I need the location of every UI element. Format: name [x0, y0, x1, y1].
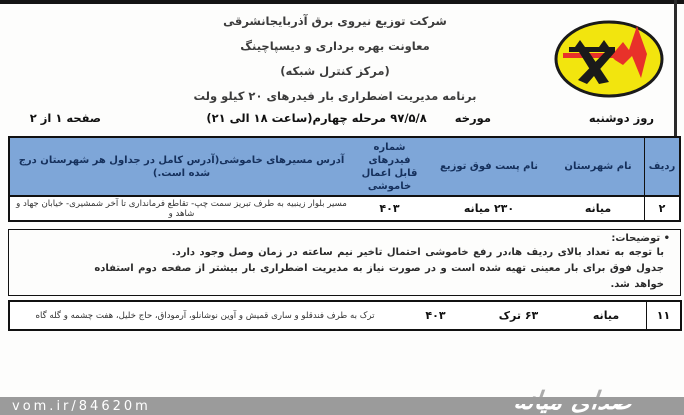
- letterhead: شرکت توزیع نیروی برق آذربایجانشرقی معاون…: [140, 14, 530, 114]
- header-radif: ردیف: [644, 138, 679, 195]
- cell-feeders: ۴۰۳: [400, 302, 471, 329]
- cell-address: مسیر بلوار زینبیه به طرف تبریز سمت چپ- ت…: [10, 197, 353, 220]
- header-county: نام شهرستان: [552, 138, 644, 195]
- company-name: شرکت توزیع نیروی برق آذربایجانشرقی: [140, 14, 530, 28]
- cell-substation: ۲۳۰ میانه: [426, 197, 552, 220]
- scan-border-top: [0, 0, 684, 4]
- notes-title: • توضیحات:: [19, 233, 670, 244]
- cell-radif: ۲: [644, 197, 679, 220]
- notes-line-1: با توجه به تعداد بالای ردیف ها،در رفع خا…: [19, 246, 664, 260]
- cell-feeders: ۴۰۳: [353, 197, 426, 220]
- news-site-watermark: صدای میانه صدای میانه: [488, 379, 658, 415]
- notes-line-2: جدول فوق برای بار معینی تهیه شده است و د…: [19, 262, 664, 276]
- cell-address: ترک به طرف فندقلو و ساری قمیش و آوین نوش…: [10, 302, 400, 329]
- header-feeders: شماره فیدرهای قابل اعمال خاموشی: [353, 138, 426, 195]
- cell-substation: ۶۳ ترک: [471, 302, 566, 329]
- footer-url: vom.ir/84620m: [12, 399, 151, 414]
- document-page: شرکت توزیع نیروی برق آذربایجانشرقی معاون…: [0, 0, 684, 415]
- table-row: ۲ میانه ۲۳۰ میانه ۴۰۳ مسیر بلوار زینبیه …: [10, 197, 679, 220]
- page-number: صفحه ۱ از ۲: [30, 111, 101, 125]
- outage-table-header: ردیف نام شهرستان نام پست فوق توزیع شماره…: [10, 138, 679, 197]
- outage-table-page2-row: ۱۱ میانه ۶۳ ترک ۴۰۳ ترک به طرف فندقلو و …: [8, 300, 682, 331]
- outage-table: ردیف نام شهرستان نام پست فوق توزیع شماره…: [8, 136, 681, 222]
- notes-line-3: خواهد شد.: [19, 278, 664, 292]
- cell-radif: ۱۱: [646, 302, 680, 329]
- electric-power-logo-icon: [553, 16, 665, 102]
- notes-box: • توضیحات: با توجه به تعداد بالای ردیف ه…: [8, 229, 681, 296]
- program-title: برنامه مدیریت اضطراری بار فیدرهای ۲۰ کیل…: [140, 89, 530, 103]
- cell-county: میانه: [566, 302, 646, 329]
- cell-county: میانه: [552, 197, 644, 220]
- date-label: مورخه۹۷/۵/۸: [390, 111, 491, 125]
- deputy-name: معاونت بهره برداری و دیسپاچینگ: [140, 39, 530, 53]
- day-label: روز دوشنبه: [589, 111, 654, 125]
- header-substation: نام پست فوق توزیع: [426, 138, 552, 195]
- stage-label: مرحله چهارم(ساعت ۱۸ الی ۲۱): [206, 111, 386, 125]
- info-row: روز دوشنبه مورخه۹۷/۵/۸ مرحله چهارم(ساعت …: [8, 108, 676, 134]
- date-value: ۹۷/۵/۸: [390, 111, 426, 125]
- header-address: آدرس مسیرهای خاموشی(آدرس کامل در جداول ه…: [10, 138, 353, 195]
- control-center: (مرکز کنترل شبکه): [140, 64, 530, 78]
